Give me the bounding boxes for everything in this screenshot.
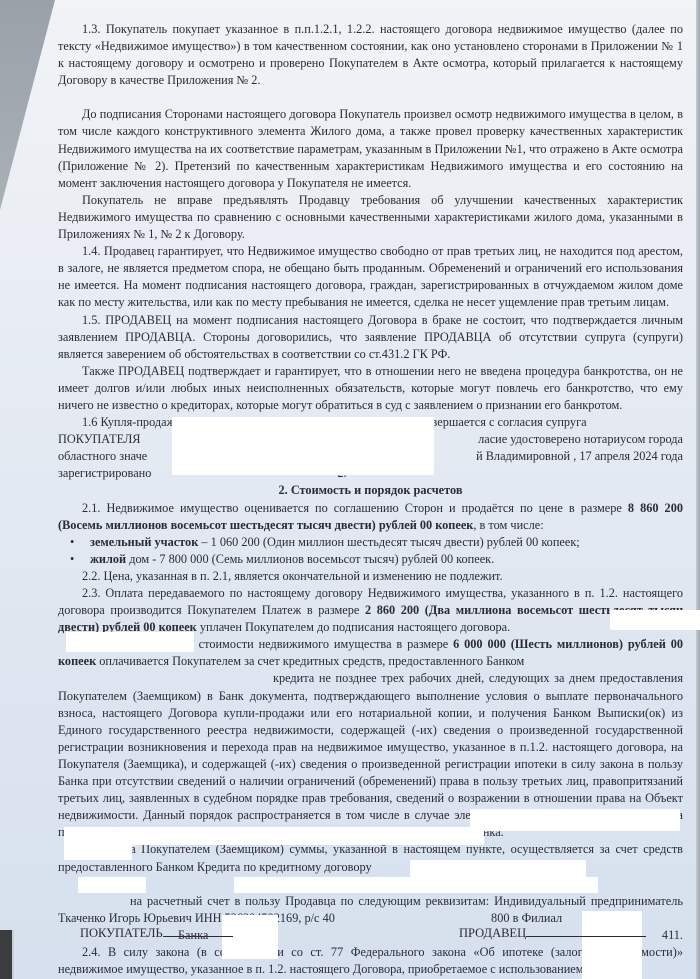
clause-1-4: 1.4. Продавец гарантирует, что Недвижимо… [58,243,683,311]
city-text: областного значе [58,448,147,465]
payment-paragraph: Оплата Покупателем (Заемщиком) суммы, ук… [58,841,683,875]
claims-paragraph: Покупатель не вправе предъявлять Продавц… [58,192,683,243]
redaction-spouse-notary [172,417,434,475]
page-edge [696,0,700,979]
clause-2-1-tail: , в том числе: [473,518,543,532]
clause-2-1-text: 2.1. Недвижимое имущество оценивается по… [82,501,628,515]
buyer-word: ПОКУПАТЕЛЯ [58,431,141,448]
bullet-icon: • [70,534,80,551]
redaction-branch [78,877,146,893]
contract-page: 1.3. Покупатель покупает указанное в п.п… [0,0,700,979]
notary-text: ласие удостоверено нотариусом города [478,431,683,448]
land-label: земельный участок [90,535,198,549]
buyer-signature-block: ПОКУПАТЕЛЬ [80,926,233,941]
redaction-seller-signature [582,911,642,979]
bankruptcy-paragraph: Также ПРОДАВЕЦ подтверждает и гарантируе… [58,363,683,414]
clause-2-3-tail: уплачен Покупателем до подписания настоя… [197,620,510,634]
registered-text: зарегистрировано [58,465,151,482]
date-text: й Владимировной , 17 апреля 2024 года [476,448,683,465]
redaction-bank-name [610,610,700,630]
redaction-loan-contract [470,809,680,831]
seller-signature-line [526,936,646,937]
clause-2-3: 2.3. Оплата передаваемого по настоящему … [58,585,683,636]
clause-2-1: 2.1. Недвижимое имущество оценивается по… [58,500,683,534]
land-price: – 1 060 200 (Один миллион шестьдесят тыс… [198,535,579,549]
buyer-label: ПОКУПАТЕЛЬ [80,926,163,940]
redaction-bank-details [234,877,598,893]
remaining-bank: оплачивается Покупателем за счет кредитн… [96,654,524,668]
clause-1-3: 1.3. Покупатель покупает указанное в п.п… [58,21,683,89]
section-2-title: 2. Стоимость и порядок расчетов [58,482,683,499]
seller-signature-block: ПРОДАВЕЦ [459,926,646,941]
clause-1-5: 1.5. ПРОДАВЕЦ на момент подписания насто… [58,312,683,363]
redaction-bank-name-2 [66,632,194,652]
bullet-land: • земельный участок – 1 060 200 (Один ми… [58,534,683,551]
buyer-signature-line [163,936,233,937]
house-label: жилой [90,552,126,566]
bullet-icon: • [70,551,80,568]
bullet-house: • жилой дом - 7 800 000 (Семь миллионов … [58,551,683,568]
redaction-account-number [410,860,586,877]
seller-label: ПРОДАВЕЦ [459,926,526,940]
bank-tail: 411. [662,927,683,944]
redaction-loan-contract-3 [64,843,132,860]
house-price: дом - 7 800 000 (Семь миллионов восемьсо… [126,552,494,566]
clause-2-2: 2.2. Цена, указанная в п. 2.1, является … [58,568,683,585]
inspection-paragraph: До подписания Сторонами настоящего догов… [58,106,683,191]
branch-text: 800 в Филиал [491,911,562,925]
